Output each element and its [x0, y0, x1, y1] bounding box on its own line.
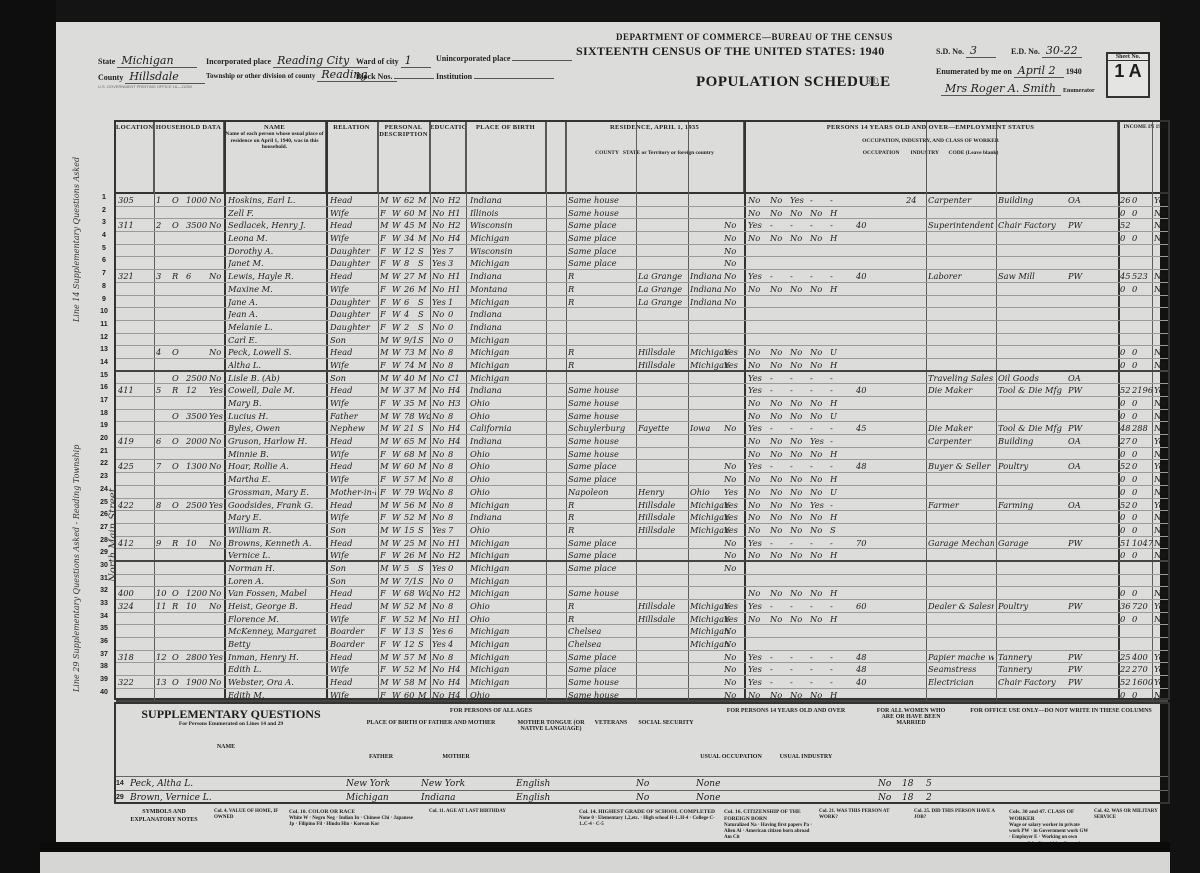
cell-hx: H: [830, 587, 844, 600]
cell-pub: [770, 245, 788, 258]
cell-own: [172, 524, 184, 537]
cell-school: No: [432, 232, 446, 245]
cell-own: [172, 625, 184, 638]
cell-school: Yes: [432, 562, 446, 575]
cell-birthplace: Michigan: [470, 372, 544, 385]
cell-hh: [156, 575, 170, 588]
cell-house: 425: [118, 460, 152, 473]
cell-hh: [156, 486, 170, 499]
cell-birthplace: Michigan: [470, 359, 544, 372]
cell-relation: Boarder: [330, 638, 376, 651]
cell-marital: S: [418, 422, 430, 435]
cell-res-city: Same house: [568, 689, 634, 702]
cell-seek: Yes: [790, 194, 808, 207]
cell-house: [118, 397, 152, 410]
cell-farm35: No: [724, 219, 742, 232]
cell-relation: Head: [330, 460, 376, 473]
cell-job: No: [810, 448, 828, 461]
cell-grade: C1: [448, 372, 464, 385]
cell-pub: [770, 308, 788, 321]
cell-hx: -: [830, 676, 844, 689]
cell-farm: Yes: [209, 499, 223, 512]
cell-race: W: [392, 689, 402, 702]
cell-industry: [998, 257, 1064, 270]
cell-work: [748, 575, 768, 588]
table-row: 4Leona M.WifeFW34MNoH4MichiganSame place…: [116, 232, 1168, 245]
cell-school: No: [432, 651, 446, 664]
cell-own: [172, 257, 184, 270]
cell-own: [172, 613, 184, 626]
cell-hh: [156, 511, 170, 524]
cell-hx: U: [830, 486, 844, 499]
cell-seek: -: [790, 600, 808, 613]
cell-cls: PW: [1068, 663, 1084, 676]
cell-weeks: [906, 524, 924, 537]
cell-industry: Chair Factory: [998, 676, 1064, 689]
cell-res-city: Same house: [568, 207, 634, 220]
cell-hx: [830, 334, 844, 347]
cell-grade: H4: [448, 422, 464, 435]
cell-job: [810, 296, 828, 309]
cell-grade: 8: [448, 473, 464, 486]
cell-name: Minnie B.: [228, 448, 324, 461]
cell-name: Goodsides, Frank G.: [228, 499, 324, 512]
county-field: County Hillsdale: [98, 70, 205, 84]
cell-res-city: Same place: [568, 245, 634, 258]
cell-own: [172, 473, 184, 486]
cell-industry: [998, 410, 1064, 423]
cell-industry: [998, 334, 1064, 347]
cell-marital: M: [418, 511, 430, 524]
ward-field: Ward of city 1: [356, 54, 431, 68]
cell-res-county: Hillsdale: [638, 359, 686, 372]
cell-race: W: [392, 460, 402, 473]
cell-cls: [1068, 296, 1084, 309]
cell-pub: No: [770, 587, 788, 600]
cell-wages: 288: [1132, 422, 1154, 435]
line-number: 13: [94, 346, 114, 353]
cell-birthplace: Indiana: [470, 321, 544, 334]
table-row: 5Dorothy A.DaughterFW12SYes7WisconsinSam…: [116, 245, 1168, 258]
cell-school: No: [432, 613, 446, 626]
cell-pub: [770, 321, 788, 334]
cell-farm: [209, 511, 223, 524]
cell-house: 419: [118, 435, 152, 448]
line-number: 12: [94, 334, 114, 341]
header-personal: PERSONAL DESCRIPTION: [378, 122, 430, 192]
cell-job: No: [810, 473, 828, 486]
cell-seek: -: [790, 651, 808, 664]
cell-job: No: [810, 587, 828, 600]
cell-school: No: [432, 448, 446, 461]
table-row: 17Mary B.WifeFW35MNoH3OhioSame houseNoNo…: [116, 397, 1168, 410]
cell-grade: H4: [448, 435, 464, 448]
cell-own: [172, 245, 184, 258]
cell-hours: [856, 232, 876, 245]
cell-value: 2500: [186, 499, 208, 512]
cell-race: W: [392, 245, 402, 258]
cell-name: Lucius H.: [228, 410, 324, 423]
cell-hh: [156, 232, 170, 245]
cell-job: -: [810, 663, 828, 676]
cell-cls: [1068, 283, 1084, 296]
cell-birthplace: Wisconsin: [470, 219, 544, 232]
cell-industry: Poultry: [998, 460, 1064, 473]
line-number: 22: [94, 460, 114, 467]
cell-race: W: [392, 384, 402, 397]
cell-age: 79: [404, 486, 418, 499]
cell-hx: H: [830, 283, 844, 296]
cell-wages: 0: [1132, 410, 1154, 423]
cell-relation: Mother-in-law: [330, 486, 376, 499]
cell-hx: -: [830, 384, 844, 397]
cell-job: No: [810, 524, 828, 537]
cell-hh: [156, 422, 170, 435]
cell-seek: -: [790, 372, 808, 385]
cell-school: No: [432, 422, 446, 435]
cell-race: W: [392, 448, 402, 461]
cell-seek: No: [790, 689, 808, 702]
table-row: 30Norman H.SonMW5SYes0MichiganSame place…: [116, 562, 1168, 575]
table-row: 12Carl E.SonMW9/12SNo0Michigan: [116, 334, 1168, 347]
cell-name: Maxine M.: [228, 283, 324, 296]
cell-hh: [156, 207, 170, 220]
line-number: 5: [94, 245, 114, 252]
cell-occupation: [928, 613, 994, 626]
supp-cell-line: 29: [116, 791, 128, 805]
cell-cls: OA: [1068, 194, 1084, 207]
cell-age: 8: [404, 257, 418, 270]
cell-cls: [1068, 511, 1084, 524]
table-row: 31Loren A.SonMW7/12SNo0Michigan: [116, 575, 1168, 588]
cell-occupation: [928, 283, 994, 296]
cell-seek: No: [790, 435, 808, 448]
cell-occupation: [928, 296, 994, 309]
cell-cls: [1068, 549, 1084, 562]
cell-birthplace: Indiana: [470, 511, 544, 524]
cell-industry: [998, 308, 1064, 321]
cell-sex: M: [380, 384, 390, 397]
cell-res-city: Same house: [568, 435, 634, 448]
cell-age: 68: [404, 448, 418, 461]
table-row: 10Jean A.DaughterFW4SNo0Indiana: [116, 308, 1168, 321]
cell-cls: [1068, 346, 1084, 359]
cell-seek: -: [790, 460, 808, 473]
cell-work: No: [748, 346, 768, 359]
cell-hours: [856, 283, 876, 296]
cell-other: No: [1154, 397, 1170, 410]
cell-job: -: [810, 422, 828, 435]
cell-marital: Wd: [418, 410, 430, 423]
cell-other: [1154, 334, 1170, 347]
line-number: 27: [94, 524, 114, 531]
cell-hx: [830, 638, 844, 651]
cell-weeks: [906, 486, 924, 499]
cell-occupation: [928, 524, 994, 537]
cell-res-county: [638, 219, 686, 232]
cell-marital: M: [418, 270, 430, 283]
cell-cls: PW: [1068, 270, 1084, 283]
cell-birthplace: Michigan: [470, 651, 544, 664]
cell-farm35: No: [724, 537, 742, 550]
cell-res-city: Same place: [568, 663, 634, 676]
cell-weeks: [906, 625, 924, 638]
cell-res-city: Same place: [568, 257, 634, 270]
cell-hx: H: [830, 207, 844, 220]
cell-value: [186, 346, 208, 359]
cell-house: [118, 562, 152, 575]
cell-birthplace: Ohio: [470, 448, 544, 461]
cell-weeks: [906, 334, 924, 347]
cell-other: No: [1154, 359, 1170, 372]
cell-relation: Daughter: [330, 257, 376, 270]
cell-age: 60: [404, 207, 418, 220]
cell-marital: M: [418, 537, 430, 550]
supp-cell-age-first: 18: [902, 791, 922, 805]
cell-work: [748, 625, 768, 638]
table-row: 15O2500NoLisle B. (Ab)SonMW40MNoC1Michig…: [116, 372, 1168, 385]
cell-farm: [209, 321, 223, 334]
cell-other: No: [1154, 549, 1170, 562]
cell-marital: S: [418, 562, 430, 575]
cell-pub: No: [770, 435, 788, 448]
cell-work: No: [748, 689, 768, 702]
cell-relation: Wife: [330, 549, 376, 562]
cell-work: Yes: [748, 372, 768, 385]
cell-house: [118, 638, 152, 651]
cell-school: No: [432, 219, 446, 232]
header-income: INCOME IN 1939: [1118, 122, 1172, 192]
cell-marital: S: [418, 296, 430, 309]
cell-school: No: [432, 676, 446, 689]
cell-grade: 8: [448, 346, 464, 359]
cell-marital: M: [418, 651, 430, 664]
cell-name: McKenney, Margaret: [228, 625, 324, 638]
cell-relation: Nephew: [330, 422, 376, 435]
line-number: 25: [94, 499, 114, 506]
cell-farm: [209, 625, 223, 638]
cell-pub: No: [770, 397, 788, 410]
line-number: 30: [94, 562, 114, 569]
cell-school: No: [432, 460, 446, 473]
cell-weeks: [906, 384, 924, 397]
cell-pub: No: [770, 194, 788, 207]
cell-res-city: Same house: [568, 448, 634, 461]
cell-name: Florence M.: [228, 613, 324, 626]
cell-name: Norman H.: [228, 562, 324, 575]
cell-house: 322: [118, 676, 152, 689]
table-row: 18O3500YesLucius H.FatherMW78WdNo8OhioSa…: [116, 410, 1168, 423]
cell-cls: [1068, 308, 1084, 321]
table-row: 224257O1300NoHoar, Rollie A.HeadMW60MNo8…: [116, 460, 1168, 473]
cell-work: Yes: [748, 663, 768, 676]
cell-cls: PW: [1068, 537, 1084, 550]
cell-hh: 13: [156, 676, 170, 689]
cell-birthplace: Michigan: [470, 257, 544, 270]
table-row: 134ONoPeck, Lowell S.HeadMW73MNo8Michiga…: [116, 346, 1168, 359]
table-row: 35McKenney, MargaretBoarderFW13SYes6Mich…: [116, 625, 1168, 638]
cell-hours: [856, 549, 876, 562]
cell-value: 1900: [186, 676, 208, 689]
cell-res-county: La Grange: [638, 296, 686, 309]
cell-grade: H4: [448, 232, 464, 245]
cell-occupation: Seamstress: [928, 663, 994, 676]
cell-own: [172, 422, 184, 435]
cell-pub: -: [770, 422, 788, 435]
cell-race: W: [392, 194, 402, 207]
cell-house: 305: [118, 194, 152, 207]
cell-job: Yes: [810, 499, 828, 512]
cell-industry: Tannery: [998, 663, 1064, 676]
cell-race: W: [392, 422, 402, 435]
cell-relation: Head: [330, 346, 376, 359]
cell-hx: -: [830, 270, 844, 283]
cell-sex: F: [380, 245, 390, 258]
cell-weeks: [906, 397, 924, 410]
cell-own: [172, 511, 184, 524]
cell-cls: [1068, 232, 1084, 245]
cell-job: -: [810, 372, 828, 385]
cell-hours: [856, 575, 876, 588]
cell-marital: S: [418, 575, 430, 588]
supp-cell-name: Peck, Altha L.: [130, 777, 330, 791]
cell-hh: 8: [156, 499, 170, 512]
cell-industry: [998, 575, 1064, 588]
cell-sex: M: [380, 575, 390, 588]
line-number: 38: [94, 663, 114, 670]
cell-relation: Son: [330, 562, 376, 575]
table-row: 13051O1000NoHoskins, Earl L.HeadMW62MNoH…: [116, 194, 1168, 207]
cell-farm35: No: [724, 245, 742, 258]
cell-grade: H4: [448, 384, 464, 397]
cell-race: W: [392, 587, 402, 600]
supp-cell-line: 14: [116, 777, 128, 791]
cell-weeks: [906, 537, 924, 550]
cell-hx: H: [830, 359, 844, 372]
cell-job: -: [810, 384, 828, 397]
cell-cls: [1068, 410, 1084, 423]
cell-industry: [998, 473, 1064, 486]
cell-res-city: Same place: [568, 473, 634, 486]
cell-relation: Wife: [330, 448, 376, 461]
cell-wages: [1132, 334, 1154, 347]
cell-name: Carl E.: [228, 334, 324, 347]
cell-birthplace: Indiana: [470, 435, 544, 448]
cell-sex: F: [380, 689, 390, 702]
cell-own: O: [172, 194, 184, 207]
cell-pub: No: [770, 499, 788, 512]
line-number: 19: [94, 422, 114, 429]
cell-school: No: [432, 486, 446, 499]
cell-occupation: [928, 245, 994, 258]
cell-work: Yes: [748, 651, 768, 664]
cell-own: [172, 296, 184, 309]
cell-house: [118, 257, 152, 270]
cell-other: [1154, 638, 1170, 651]
cell-house: 412: [118, 537, 152, 550]
cell-hours: [856, 346, 876, 359]
cell-grade: 6: [448, 625, 464, 638]
cell-house: 324: [118, 600, 152, 613]
cell-relation: Head: [330, 651, 376, 664]
cell-hours: [856, 638, 876, 651]
cell-own: R: [172, 537, 184, 550]
cell-hx: [830, 257, 844, 270]
cell-cls: [1068, 689, 1084, 702]
cell-wages: 0: [1132, 587, 1154, 600]
cell-weeks: [906, 232, 924, 245]
cell-house: [118, 448, 152, 461]
cell-own: R: [172, 270, 184, 283]
cell-grade: 8: [448, 359, 464, 372]
cell-res-city: [568, 321, 634, 334]
cell-value: [186, 257, 208, 270]
cell-value: 10: [186, 600, 208, 613]
cell-value: [186, 422, 208, 435]
supp-cell-children: 2: [926, 791, 946, 805]
cell-pub: -: [770, 460, 788, 473]
cell-farm: [209, 334, 223, 347]
cell-occupation: Electrician: [928, 676, 994, 689]
cell-job: -: [810, 537, 828, 550]
cell-wages: [1132, 372, 1154, 385]
cell-wages: 523: [1132, 270, 1154, 283]
cell-sex: F: [380, 207, 390, 220]
cell-occupation: [928, 587, 994, 600]
cell-job: [810, 245, 828, 258]
cell-weeks: [906, 422, 924, 435]
cell-other: [1154, 625, 1170, 638]
cell-sex: F: [380, 359, 390, 372]
cell-race: W: [392, 625, 402, 638]
cell-hours: [856, 245, 876, 258]
cell-sex: M: [380, 194, 390, 207]
cell-occupation: [928, 689, 994, 702]
cell-other: Yes: [1154, 460, 1170, 473]
cell-farm: No: [209, 346, 223, 359]
cell-marital: M: [418, 600, 430, 613]
cell-hh: [156, 625, 170, 638]
cell-race: W: [392, 410, 402, 423]
table-row: 27William R.SonMW15SYes7OhioRHillsdaleMi…: [116, 524, 1168, 537]
cell-sex: F: [380, 257, 390, 270]
cell-relation: Wife: [330, 397, 376, 410]
cell-res-city: Same house: [568, 587, 634, 600]
cell-other: No: [1154, 283, 1170, 296]
table-row: 73213R6NoLewis, Hayle R.HeadMW27MNoH1Ind…: [116, 270, 1168, 283]
cell-other: No: [1154, 587, 1170, 600]
printer-note: U.S. GOVERNMENT PRINTING OFFICE 16—11250: [98, 84, 192, 89]
cell-industry: Garage: [998, 537, 1064, 550]
cell-hours: 48: [856, 460, 876, 473]
cell-res-county: [638, 372, 686, 385]
cell-seek: [790, 625, 808, 638]
cell-industry: [998, 524, 1064, 537]
cell-marital: M: [418, 194, 430, 207]
cell-farm35: [724, 194, 742, 207]
cell-occupation: [928, 486, 994, 499]
cell-weeks: [906, 613, 924, 626]
cell-house: 411: [118, 384, 152, 397]
cell-house: [118, 422, 152, 435]
line-number: 6: [94, 257, 114, 264]
cell-weeks: [906, 460, 924, 473]
cell-wages: [1132, 308, 1154, 321]
cell-occupation: Farmer: [928, 499, 994, 512]
cell-weeks: [906, 321, 924, 334]
cell-race: W: [392, 676, 402, 689]
cell-school: Yes: [432, 296, 446, 309]
